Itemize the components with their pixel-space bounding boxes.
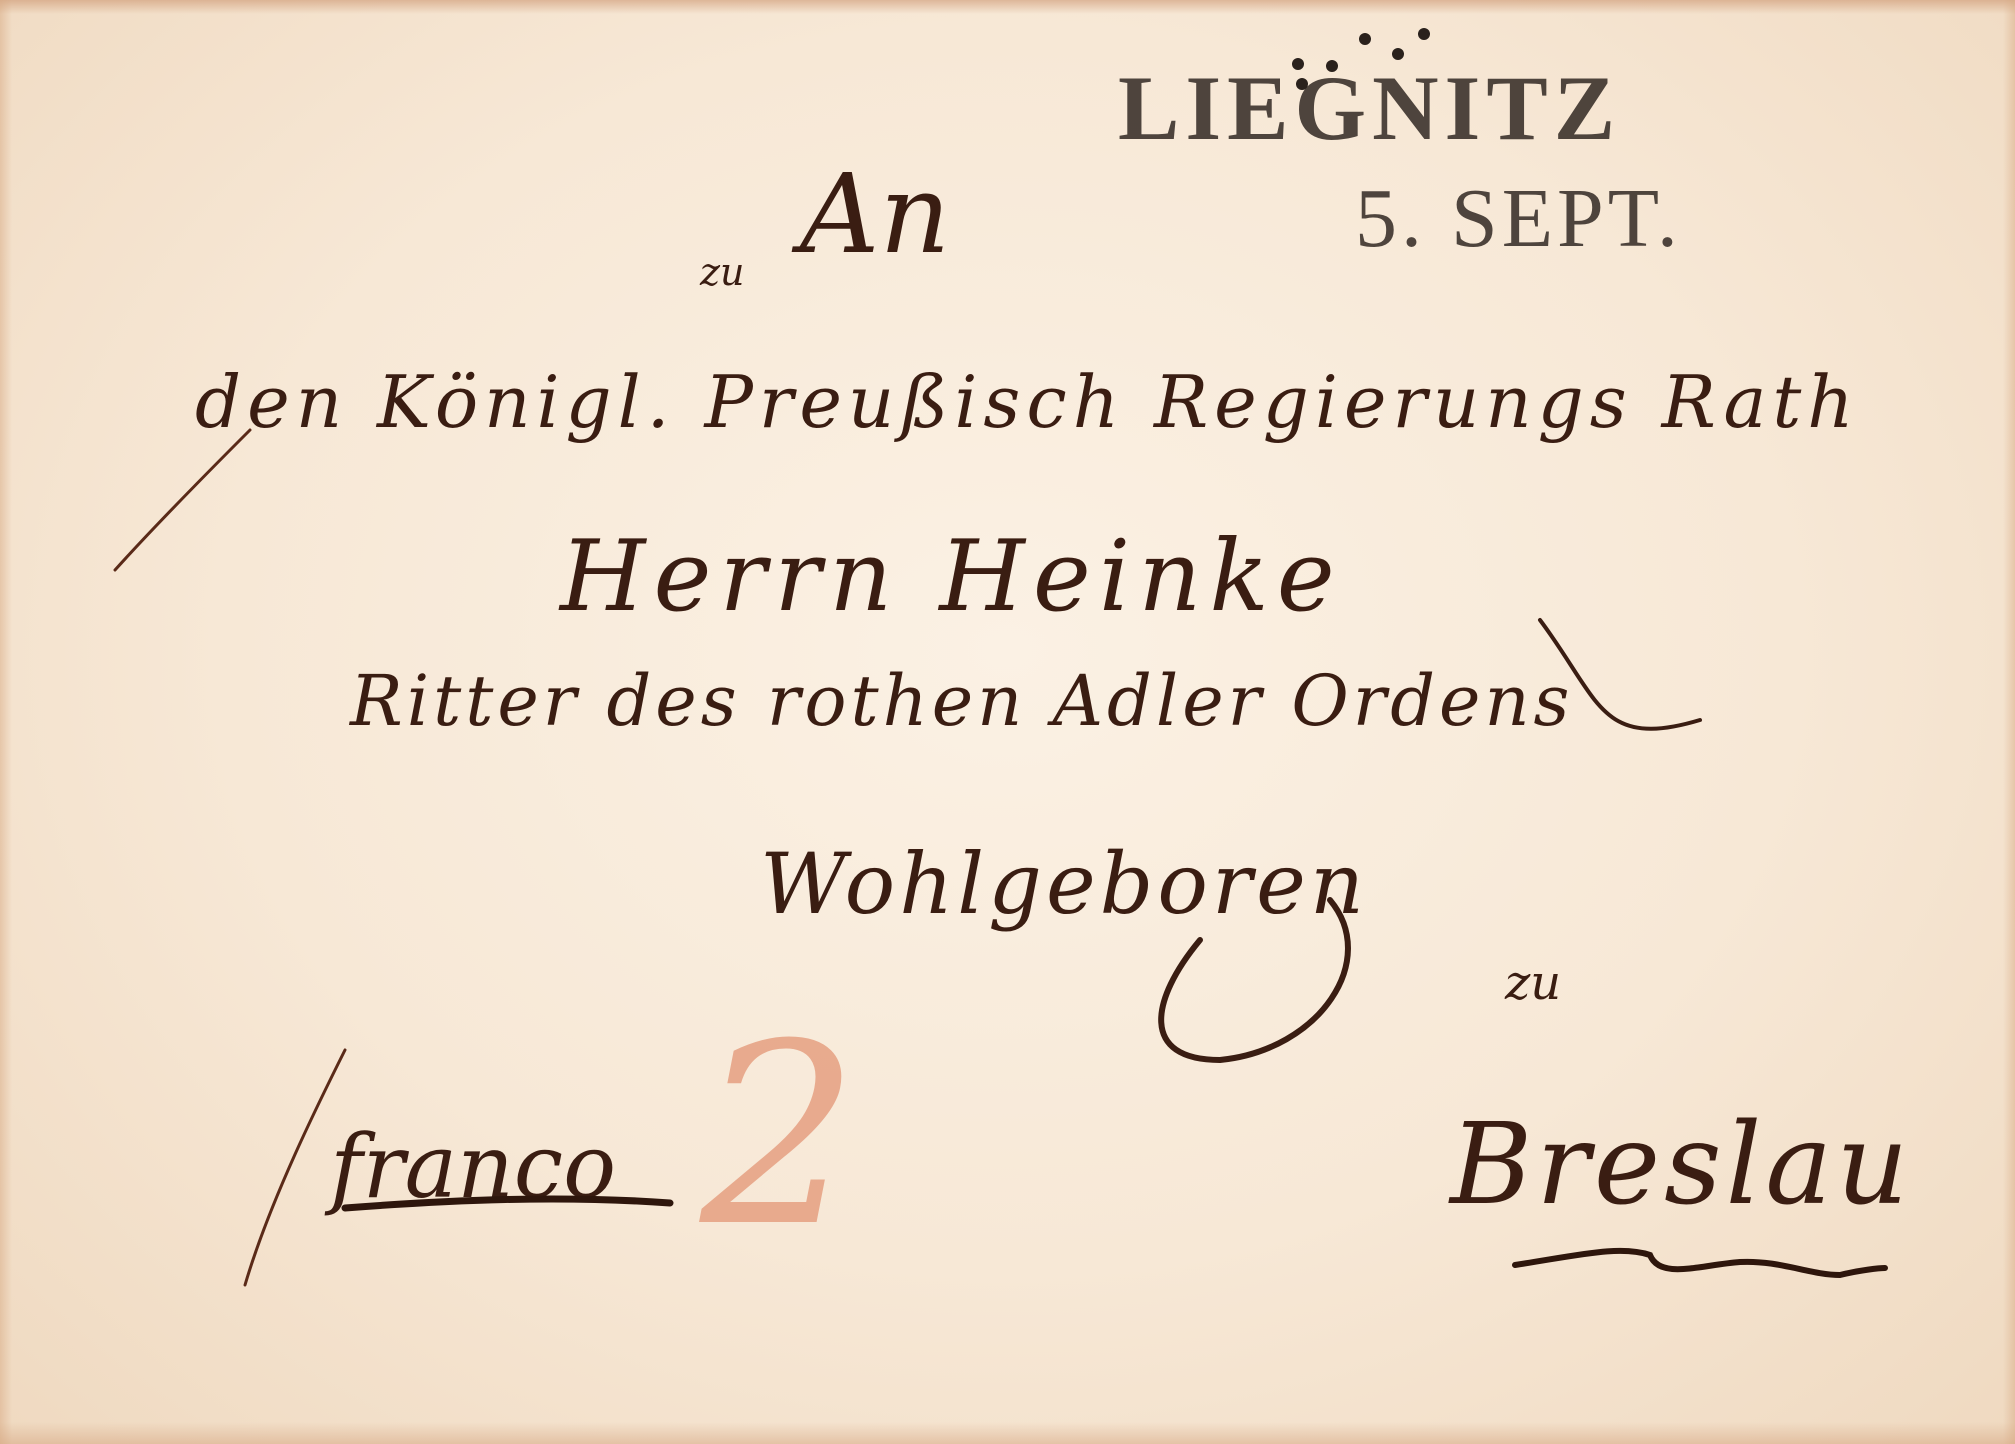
letter-cover: LIEGNITZ 5. SEPT. An zu den Königl. Preu… <box>0 0 2015 1444</box>
ink-flourishes <box>0 0 2015 1444</box>
